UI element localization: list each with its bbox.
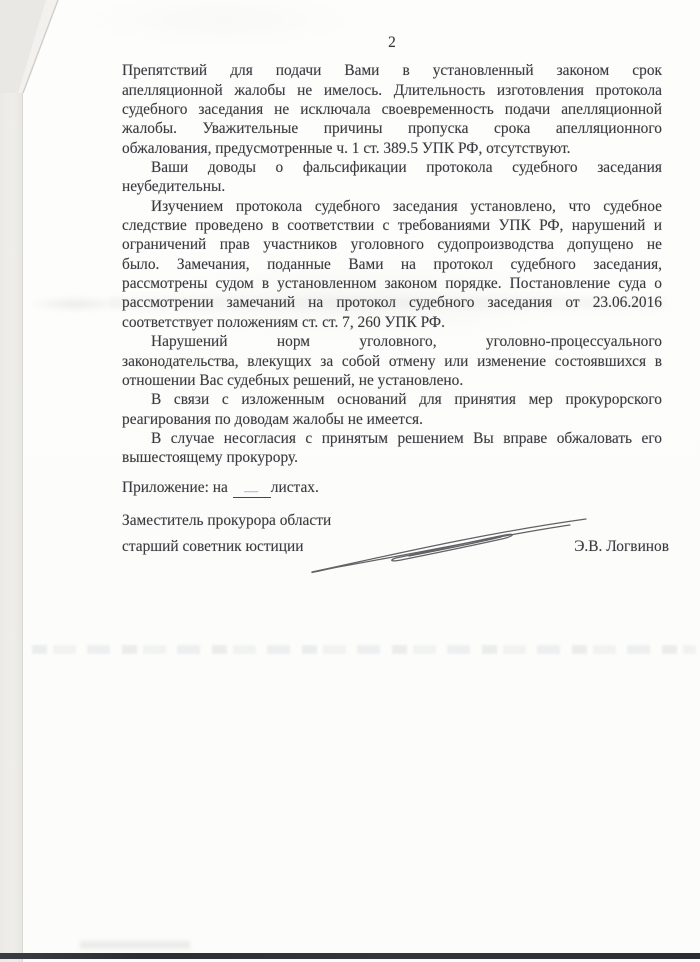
text-line: жалобы. Уважительные причины пропуска ср… xyxy=(122,119,662,138)
page-number: 2 xyxy=(122,33,662,52)
paragraph: Нарушений норм уголовного, уголовно-проц… xyxy=(122,332,662,390)
text-line: апелляционной жалобы не имелось. Длитель… xyxy=(122,81,662,100)
attachment-label: Приложение: на xyxy=(122,479,228,496)
text-line: Препятствий для подачи Вами в установлен… xyxy=(122,61,662,80)
text-line: В случае несогласия с принятым решением … xyxy=(122,429,662,448)
scanner-background xyxy=(0,0,23,962)
text-line: Нарушений норм уголовного, уголовно-проц… xyxy=(122,332,662,351)
text-line: рассмотрены судом в установленном законо… xyxy=(122,274,662,293)
page-left-edge xyxy=(22,88,23,962)
signer-position-line2: старший советник юстиции xyxy=(122,537,304,556)
text-line: следствие проведено в соответствии с тре… xyxy=(122,216,662,235)
text-line: рассмотрении замечаний на протокол судеб… xyxy=(122,293,662,312)
text-line: было. Замечания, поданные Вами на проток… xyxy=(122,255,662,274)
signature-row: старший советник юстиции Э.В. Логвинов xyxy=(122,537,662,556)
page-corner-fold xyxy=(0,0,72,100)
text-line: Ваши доводы о фальсификации протокола су… xyxy=(122,158,662,177)
text-line: ограничений прав участников уголовного с… xyxy=(122,235,662,254)
scan-smudge xyxy=(80,941,190,949)
paragraph: Препятствий для подачи Вами в установлен… xyxy=(122,61,662,158)
text-line: реагирования по доводам жалобы не имеетс… xyxy=(122,410,662,429)
text-line: неубедительны. xyxy=(122,177,662,196)
attachment-line: Приложение: на—листах. xyxy=(122,478,662,498)
signer-position-line1: Заместитель прокурора области xyxy=(122,511,662,530)
document-body: 2 Препятствий для подачи Вами в установл… xyxy=(122,33,662,556)
text-line: Изучением протокола судебного заседания … xyxy=(122,197,662,216)
bleed-through-text xyxy=(32,645,696,654)
signer-name: Э.В. Логвинов xyxy=(574,537,669,556)
attachment-blank-line: — xyxy=(233,481,271,498)
attachment-suffix: листах. xyxy=(271,479,319,496)
text-line: обжалования, предусмотренные ч. 1 ст. 38… xyxy=(122,139,662,158)
text-line: законодательства, влекущих за собой отме… xyxy=(122,352,662,371)
text-line: соответствует положениям ст. ст. 7, 260 … xyxy=(122,313,662,332)
text-line: В связи с изложенным оснований для приня… xyxy=(122,390,662,409)
paragraph: В случае несогласия с принятым решением … xyxy=(122,429,662,468)
paragraph: Ваши доводы о фальсификации протокола су… xyxy=(122,158,662,197)
document-scan: 2 Препятствий для подачи Вами в установл… xyxy=(0,0,700,962)
pen-dash-mark: — xyxy=(244,484,259,499)
text-line: вышестоящему прокурору. xyxy=(122,448,662,467)
text-line: судебного заседания не исключала своевре… xyxy=(122,100,662,119)
paragraph: Изучением протокола судебного заседания … xyxy=(122,197,662,332)
scan-edge-bar xyxy=(0,953,700,959)
paragraph: В связи с изложенным оснований для приня… xyxy=(122,390,662,429)
text-line: отношении Вас судебных решений, не устан… xyxy=(122,371,662,390)
